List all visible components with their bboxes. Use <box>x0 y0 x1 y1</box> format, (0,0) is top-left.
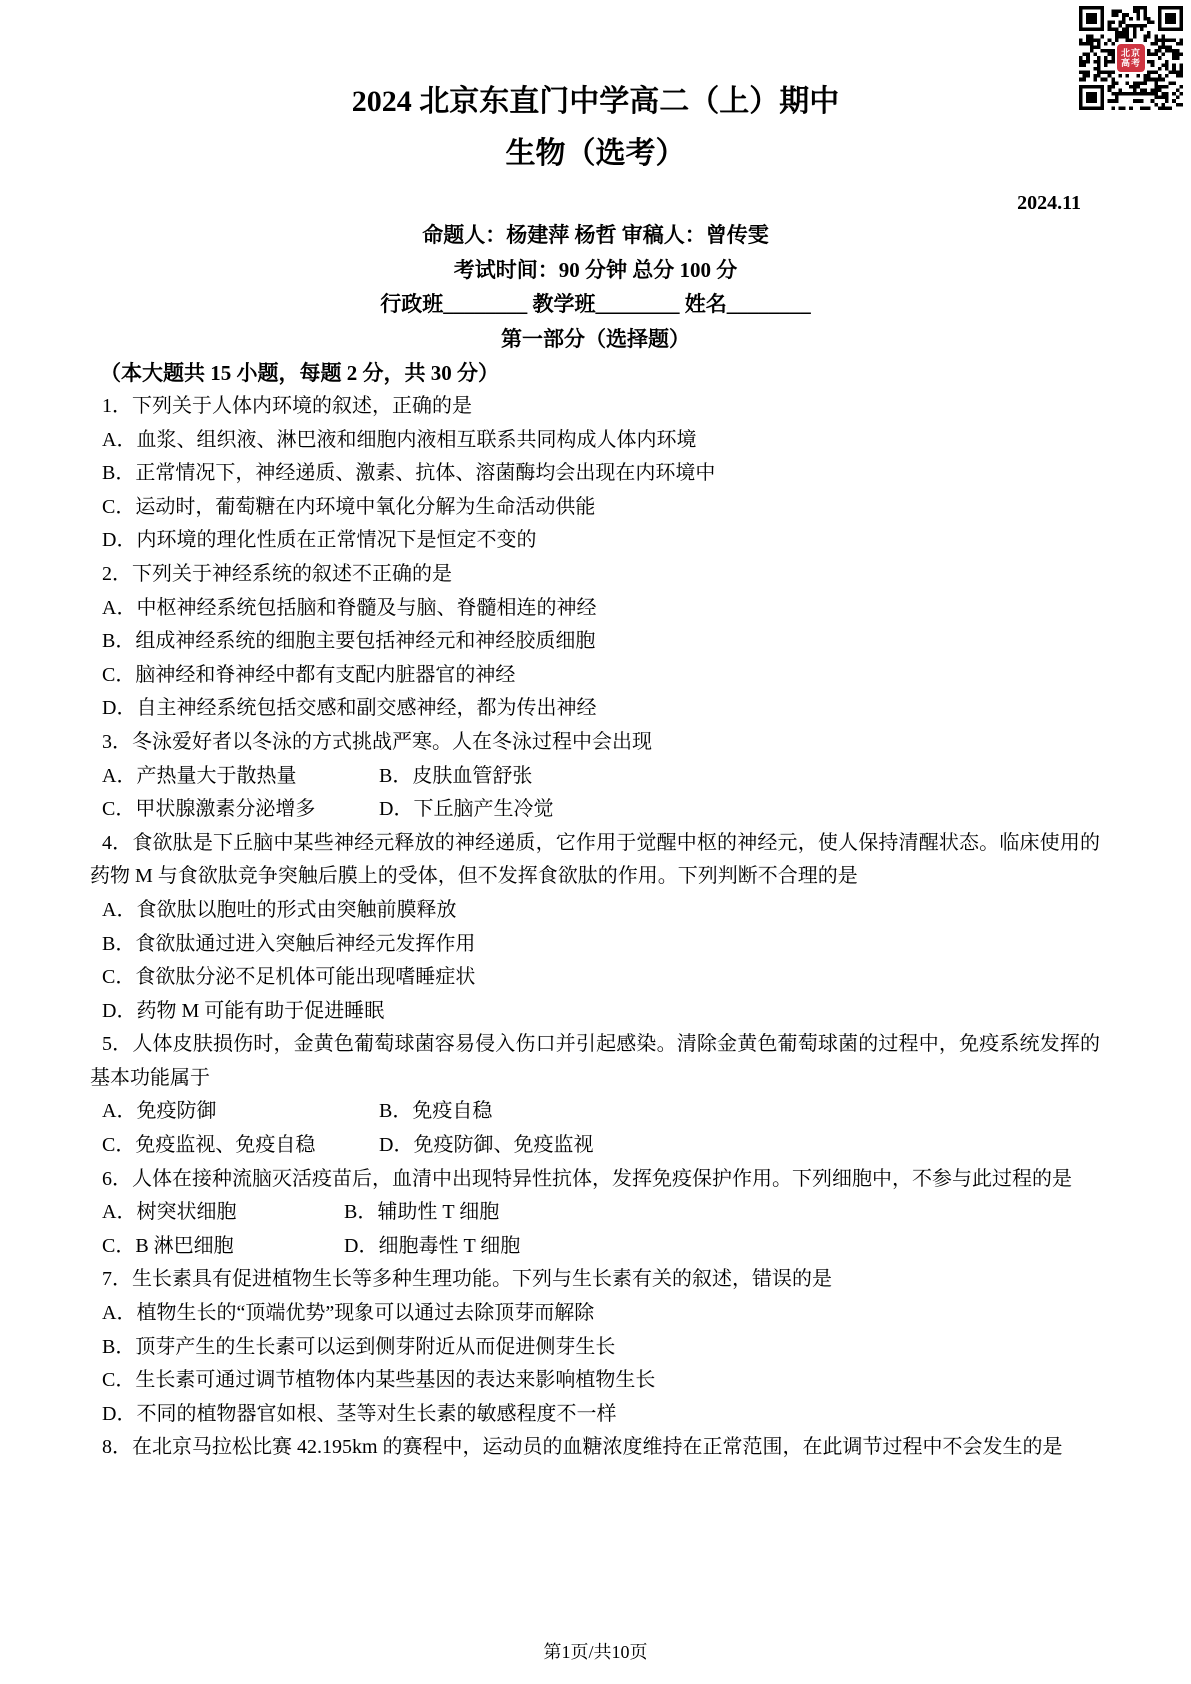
question-4-stem: 4．食欲肽是下丘脑中某些神经元释放的神经递质，它作用于觉醒中枢的神经元，使人保持… <box>90 827 1100 894</box>
question-4-option-c: C．食欲肽分泌不足机体可能出现嗜睡症状 <box>90 961 1100 995</box>
question-6-option-b: B．辅助性 T 细胞 <box>344 1201 499 1223</box>
question-3-option-a: A．产热量大于散热量 <box>102 760 374 794</box>
question-5-option-c: C．免疫监视、免疫自稳 <box>102 1129 374 1163</box>
question-2-option-a: A．中枢神经系统包括脑和脊髓及与脑、脊髓相连的神经 <box>90 592 1100 626</box>
exam-title-line1: 2024 北京东直门中学高二（上）期中 <box>0 0 1191 122</box>
question-3-options-row-ab: A．产热量大于散热量 B．皮肤血管舒张 <box>90 760 1100 794</box>
question-6-options-row-cd: C．B 淋巴细胞 D．细胞毒性 T 细胞 <box>90 1230 1100 1264</box>
exam-title-line2: 生物（选考） <box>0 134 1191 174</box>
question-6-stem: 6．人体在接种流脑灭活疫苗后，血清中出现特异性抗体，发挥免疫保护作用。下列细胞中… <box>90 1163 1100 1197</box>
question-3-option-b: B．皮肤血管舒张 <box>379 765 532 787</box>
authors-line: 命题人：杨建萍 杨哲 审稿人：曾传雯 <box>0 218 1191 253</box>
question-1-option-c: C．运动时，葡萄糖在内环境中氧化分解为生命活动供能 <box>90 491 1100 525</box>
question-3-options-row-cd: C．甲状腺激素分泌增多 D．下丘脑产生冷觉 <box>90 793 1100 827</box>
question-1-option-b: B．正常情况下，神经递质、激素、抗体、溶菌酶均会出现在内环境中 <box>90 457 1100 491</box>
question-5-stem: 5．人体皮肤损伤时，金黄色葡萄球菌容易侵入伤口并引起感染。清除金黄色葡萄球菌的过… <box>90 1028 1100 1095</box>
question-5-option-b: B．免疫自稳 <box>379 1100 492 1122</box>
question-6-options-row-ab: A．树突状细胞 B．辅助性 T 细胞 <box>90 1196 1100 1230</box>
question-4-option-d: D．药物 M 可能有助于促进睡眠 <box>90 995 1100 1029</box>
question-7-option-b: B．顶芽产生的生长素可以运到侧芽附近从而促进侧芽生长 <box>90 1331 1100 1365</box>
question-7-option-d: D．不同的植物器官如根、茎等对生长素的敏感程度不一样 <box>90 1398 1100 1432</box>
qr-badge-text-line1: 北京 <box>1121 48 1141 58</box>
questions-area: （本大题共 15 小题，每题 2 分，共 30 分） 1．下列关于人体内环境的叙… <box>90 356 1100 1465</box>
question-2-stem: 2．下列关于神经系统的叙述不正确的是 <box>90 558 1100 592</box>
question-1-option-d: D．内环境的理化性质在正常情况下是恒定不变的 <box>90 524 1100 558</box>
question-6-option-c: C．B 淋巴细胞 <box>102 1230 339 1264</box>
question-5-option-a: A．免疫防御 <box>102 1095 374 1129</box>
question-2-option-d: D．自主神经系统包括交感和副交感神经，都为传出神经 <box>90 692 1100 726</box>
question-7-option-a: A．植物生长的“顶端优势”现象可以通过去除顶芽而解除 <box>90 1297 1100 1331</box>
exam-info-line: 考试时间：90 分钟 总分 100 分 <box>0 253 1191 288</box>
question-5-options-row-ab: A．免疫防御 B．免疫自稳 <box>90 1095 1100 1129</box>
part1-note: （本大题共 15 小题，每题 2 分，共 30 分） <box>90 356 1100 390</box>
part1-title: 第一部分（选择题） <box>0 322 1191 357</box>
exam-date: 2024.11 <box>0 190 1191 216</box>
question-1-option-a: A．血浆、组织液、淋巴液和细胞内液相互联系共同构成人体内环境 <box>90 424 1100 458</box>
question-6-option-a: A．树突状细胞 <box>102 1196 339 1230</box>
question-5-option-d: D．免疫防御、免疫监视 <box>379 1134 593 1156</box>
question-7-option-c: C．生长素可通过调节植物体内某些基因的表达来影响植物生长 <box>90 1364 1100 1398</box>
question-4-option-b: B．食欲肽通过进入突触后神经元发挥作用 <box>90 928 1100 962</box>
question-5-options-row-cd: C．免疫监视、免疫自稳 D．免疫防御、免疫监视 <box>90 1129 1100 1163</box>
question-2-option-c: C．脑神经和脊神经中都有支配内脏器官的神经 <box>90 659 1100 693</box>
question-3-option-c: C．甲状腺激素分泌增多 <box>102 793 374 827</box>
question-2-option-b: B．组成神经系统的细胞主要包括神经元和神经胶质细胞 <box>90 625 1100 659</box>
page-number: 第1页/共10页 <box>0 1638 1191 1664</box>
question-3-stem: 3．冬泳爱好者以冬泳的方式挑战严寒。人在冬泳过程中会出现 <box>90 726 1100 760</box>
qr-center-badge: 北京 高考 <box>1115 42 1147 74</box>
question-8-stem: 8．在北京马拉松比赛 42.195km 的赛程中，运动员的血糖浓度维持在正常范围… <box>90 1431 1100 1465</box>
qr-code: 北京 高考 <box>1079 6 1183 110</box>
class-name-blanks-line: 行政班________ 教学班________ 姓名________ <box>0 287 1191 322</box>
question-3-option-d: D．下丘脑产生冷觉 <box>379 798 553 820</box>
question-1-stem: 1．下列关于人体内环境的叙述，正确的是 <box>90 390 1100 424</box>
qr-badge-text-line2: 高考 <box>1121 58 1141 68</box>
question-7-stem: 7．生长素具有促进植物生长等多种生理功能。下列与生长素有关的叙述，错误的是 <box>90 1263 1100 1297</box>
exam-page: 北京 高考 2024 北京东直门中学高二（上）期中 生物（选考） 2024.11… <box>0 0 1191 1684</box>
question-6-option-d: D．细胞毒性 T 细胞 <box>344 1235 520 1257</box>
question-4-option-a: A．食欲肽以胞吐的形式由突触前膜释放 <box>90 894 1100 928</box>
